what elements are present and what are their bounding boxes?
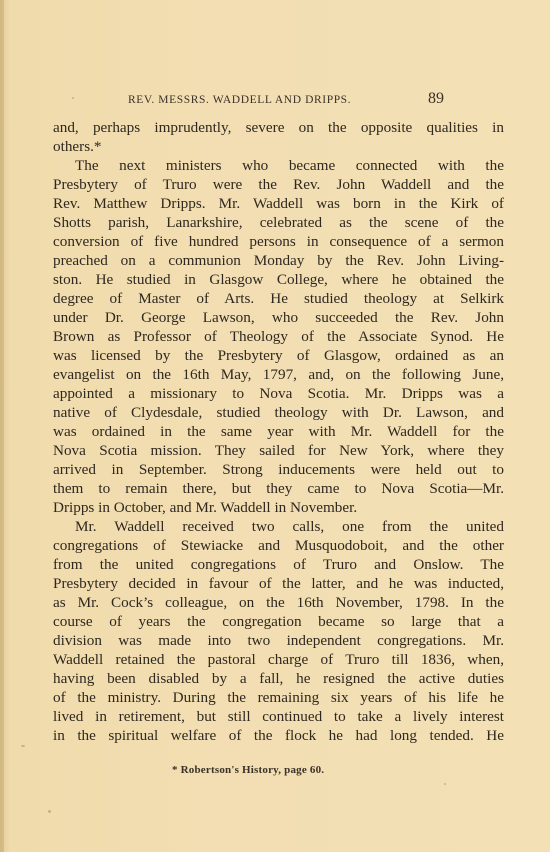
running-head-title: REV. MESSRS. WADDELL AND DRIPPS. <box>128 90 351 110</box>
text-line: others.* <box>53 137 504 156</box>
paper-speck <box>72 97 74 99</box>
text-line: Presbytery of Truro were the Rev. John W… <box>53 175 504 194</box>
text-line: Shotts parish, Lanarkshire, celebrated a… <box>53 213 504 232</box>
text-line: native of Clydesdale, studied theology w… <box>53 403 504 422</box>
text-line: congregations of Stewiacke and Musquodob… <box>53 536 504 555</box>
running-head: REV. MESSRS. WADDELL AND DRIPPS. 89 <box>128 90 514 110</box>
text-line: Rev. Matthew Dripps. Mr. Waddell was bor… <box>53 194 504 213</box>
paper-speck <box>444 783 446 785</box>
page-number: 89 <box>428 89 444 109</box>
book-page: REV. MESSRS. WADDELL AND DRIPPS. 89 and,… <box>0 0 550 852</box>
text-line: and, perhaps imprudently, severe on the … <box>53 118 504 137</box>
text-line: them to remain there, but they came to N… <box>53 479 504 498</box>
text-line: having been disabled by a fall, he resig… <box>53 669 504 688</box>
text-line: conversion of five hundred persons in co… <box>53 232 504 251</box>
text-line: was ordained in the same year with Mr. W… <box>53 422 504 441</box>
text-line: Dripps in October, and Mr. Waddell in No… <box>53 498 504 517</box>
text-line: Waddell retained the pastoral charge of … <box>53 650 504 669</box>
text-line: from the united congregations of Truro a… <box>53 555 504 574</box>
paper-speck <box>48 810 51 813</box>
paragraph-start-line: Mr. Waddell received two calls, one from… <box>53 517 504 536</box>
text-line: Presbytery decided in favour of the latt… <box>53 574 504 593</box>
text-line: of the ministry. During the remaining si… <box>53 688 504 707</box>
text-line: appointed a missionary to Nova Scotia. M… <box>53 384 504 403</box>
paper-speck <box>21 745 25 747</box>
text-line: as Mr. Cock’s colleague, on the 16th Nov… <box>53 593 504 612</box>
text-line: Nova Scotia mission. They sailed for New… <box>53 441 504 460</box>
text-line: ston. He studied in Glasgow College, whe… <box>53 270 504 289</box>
text-line: evangelist on the 16th May, 1797, and, o… <box>53 365 504 384</box>
text-line: degree of Master of Arts. He studied the… <box>53 289 504 308</box>
text-line: arrived in September. Strong inducements… <box>53 460 504 479</box>
text-line: Brown as Professor of Theology of the As… <box>53 327 504 346</box>
text-line: in the spiritual welfare of the flock he… <box>53 726 504 745</box>
paragraph-start-line: The next ministers who became connected … <box>53 156 504 175</box>
text-line: under Dr. George Lawson, who succeeded t… <box>53 308 504 327</box>
text-line: course of years the congregation became … <box>53 612 504 631</box>
text-line: division was made into two independent c… <box>53 631 504 650</box>
text-line: was licensed by the Presbytery of Glasgo… <box>53 346 504 365</box>
footnote: * Robertson's History, page 60. <box>172 764 324 776</box>
body-text: and, perhaps imprudently, severe on the … <box>53 118 504 745</box>
text-line: lived in retirement, but still continued… <box>53 707 504 726</box>
text-line: preached on a communion Monday by the Re… <box>53 251 504 270</box>
